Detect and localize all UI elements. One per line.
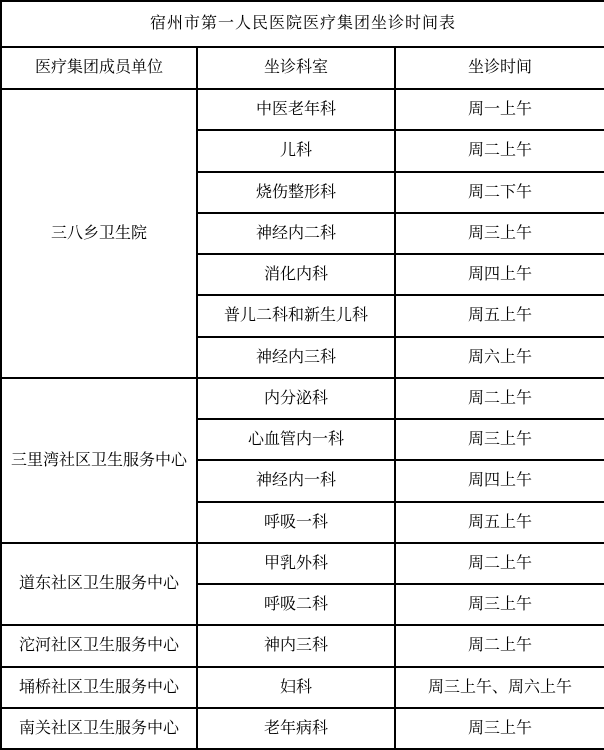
department-cell: 妇科 — [197, 667, 395, 708]
column-header-time: 坐诊时间 — [395, 47, 604, 89]
time-cell: 周二上午 — [395, 543, 604, 584]
department-cell: 呼吸一科 — [197, 502, 395, 543]
time-cell: 周一上午 — [395, 89, 604, 130]
time-cell: 周三上午、周六上午 — [395, 667, 604, 708]
time-cell: 周六上午 — [395, 337, 604, 378]
department-cell: 内分泌科 — [197, 378, 395, 419]
column-header-department: 坐诊科室 — [197, 47, 395, 89]
table-row: 三八乡卫生院中医老年科周一上午 — [1, 89, 604, 130]
time-cell: 周五上午 — [395, 502, 604, 543]
page-title: 宿州市第一人民医院医疗集团坐诊时间表 — [1, 1, 604, 47]
department-cell: 普儿二科和新生儿科 — [197, 295, 395, 336]
table-row: 南关社区卫生服务中心老年病科周三上午 — [1, 708, 604, 749]
schedule-table: 宿州市第一人民医院医疗集团坐诊时间表 医疗集团成员单位 坐诊科室 坐诊时间 三八… — [0, 0, 604, 750]
time-cell: 周五上午 — [395, 295, 604, 336]
department-cell: 神内三科 — [197, 625, 395, 666]
time-cell: 周四上午 — [395, 460, 604, 501]
time-cell: 周三上午 — [395, 419, 604, 460]
unit-cell: 南关社区卫生服务中心 — [1, 708, 197, 749]
department-cell: 神经内一科 — [197, 460, 395, 501]
table-body: 三八乡卫生院中医老年科周一上午儿科周二上午烧伤整形科周二下午神经内二科周三上午消… — [1, 89, 604, 749]
department-cell: 呼吸二科 — [197, 584, 395, 625]
time-cell: 周二上午 — [395, 625, 604, 666]
column-header-unit: 医疗集团成员单位 — [1, 47, 197, 89]
department-cell: 儿科 — [197, 130, 395, 171]
time-cell: 周三上午 — [395, 708, 604, 749]
department-cell: 中医老年科 — [197, 89, 395, 130]
department-cell: 甲乳外科 — [197, 543, 395, 584]
department-cell: 神经内二科 — [197, 213, 395, 254]
table-row: 道东社区卫生服务中心甲乳外科周二上午 — [1, 543, 604, 584]
unit-cell: 道东社区卫生服务中心 — [1, 543, 197, 626]
time-cell: 周二上午 — [395, 378, 604, 419]
department-cell: 心血管内一科 — [197, 419, 395, 460]
department-cell: 消化内科 — [197, 254, 395, 295]
unit-cell: 沱河社区卫生服务中心 — [1, 625, 197, 666]
time-cell: 周二上午 — [395, 130, 604, 171]
time-cell: 周三上午 — [395, 584, 604, 625]
department-cell: 神经内三科 — [197, 337, 395, 378]
time-cell: 周三上午 — [395, 213, 604, 254]
time-cell: 周二下午 — [395, 172, 604, 213]
unit-cell: 三里湾社区卫生服务中心 — [1, 378, 197, 543]
department-cell: 老年病科 — [197, 708, 395, 749]
unit-cell: 埇桥社区卫生服务中心 — [1, 667, 197, 708]
table-row: 沱河社区卫生服务中心神内三科周二上午 — [1, 625, 604, 666]
time-cell: 周四上午 — [395, 254, 604, 295]
header-row: 医疗集团成员单位 坐诊科室 坐诊时间 — [1, 47, 604, 89]
table-row: 埇桥社区卫生服务中心妇科周三上午、周六上午 — [1, 667, 604, 708]
unit-cell: 三八乡卫生院 — [1, 89, 197, 378]
table-row: 三里湾社区卫生服务中心内分泌科周二上午 — [1, 378, 604, 419]
department-cell: 烧伤整形科 — [197, 172, 395, 213]
title-row: 宿州市第一人民医院医疗集团坐诊时间表 — [1, 1, 604, 47]
